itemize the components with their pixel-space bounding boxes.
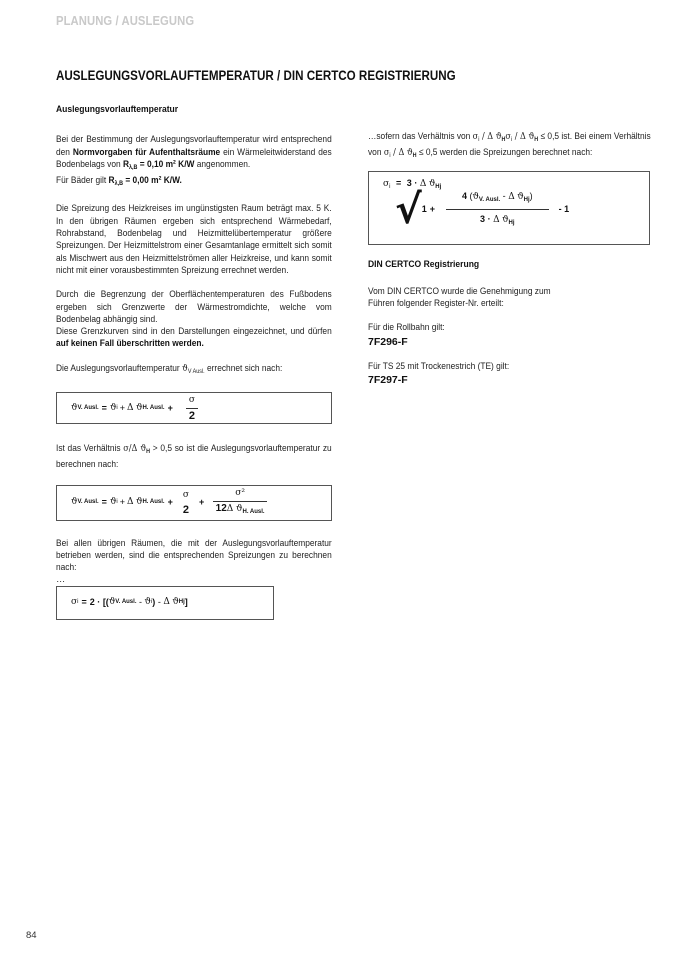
paragraph-din-certco: Vom DIN CERTCO wurde die Genehmigung zum…: [368, 285, 561, 310]
paragraph-verhaeltnis: Ist das Verhältnis σ/Δ ϑH > 0,5 so ist d…: [56, 442, 332, 471]
section-label: PLANUNG / AUSLEGUNG: [56, 14, 194, 28]
ts25-register-number: 7F297-F: [368, 374, 654, 386]
left-column: Auslegungsvorlauftemperatur Bei der Best…: [56, 104, 332, 620]
right-column: …sofern das Verhältnis von σi / Δ ϑHσi /…: [368, 130, 654, 387]
subheading-auslegungsvorlauftemperatur: Auslegungsvorlauftemperatur: [56, 104, 304, 116]
page-title: AUSLEGUNGSVORLAUFTEMPERATUR / DIN CERTCO…: [56, 68, 456, 83]
subheading-din-certco: DIN CERTCO Registrierung: [368, 259, 625, 271]
paragraph-spreizung: Die Spreizung des Heizkreises im ungünst…: [56, 202, 332, 276]
paragraph-sofern: …sofern das Verhältnis von σi / Δ ϑHσi /…: [368, 130, 654, 163]
rollbahn-label: Für die Rollbahn gilt:: [368, 321, 654, 333]
rollbahn-register-number: 7F296-F: [368, 336, 654, 348]
paragraph-uebrige-raeume: Bei allen übrigen Räumen, die mit der Au…: [56, 537, 332, 574]
page-number: 84: [26, 930, 37, 941]
ts25-label: Für TS 25 mit Trockenestrich (TE) gilt:: [368, 360, 654, 372]
formula-box-spreizung: σi = 2 · [(ϑV. Ausl. - ϑi) - Δ ϑHj]: [56, 586, 274, 620]
formula-box-spreizung-wurzel: σi = 3 · Δ ϑHj √ 1 + 4 (ϑV. Ausl. - Δ ϑH…: [368, 171, 650, 245]
formula-box-vorlauftemperatur-extended: ϑV. Ausl. = ϑi + Δ ϑH. Ausl. + σ 2 + σ² …: [56, 485, 332, 521]
paragraph-formula-intro: Die Auslegungsvorlauftemperatur ϑV Ausl.…: [56, 362, 332, 378]
formula-box-vorlauftemperatur: ϑV. Ausl. = ϑi + Δ ϑH. Ausl. + σ 2: [56, 392, 332, 424]
square-root-icon: √: [395, 190, 422, 230]
ellipsis: …: [56, 574, 332, 584]
paragraph-normvorgaben: Bei der Bestimmung der Auslegungsvorlauf…: [56, 133, 332, 190]
paragraph-grenzkurven: Durch die Begrenzung der Oberflächentemp…: [56, 288, 332, 349]
